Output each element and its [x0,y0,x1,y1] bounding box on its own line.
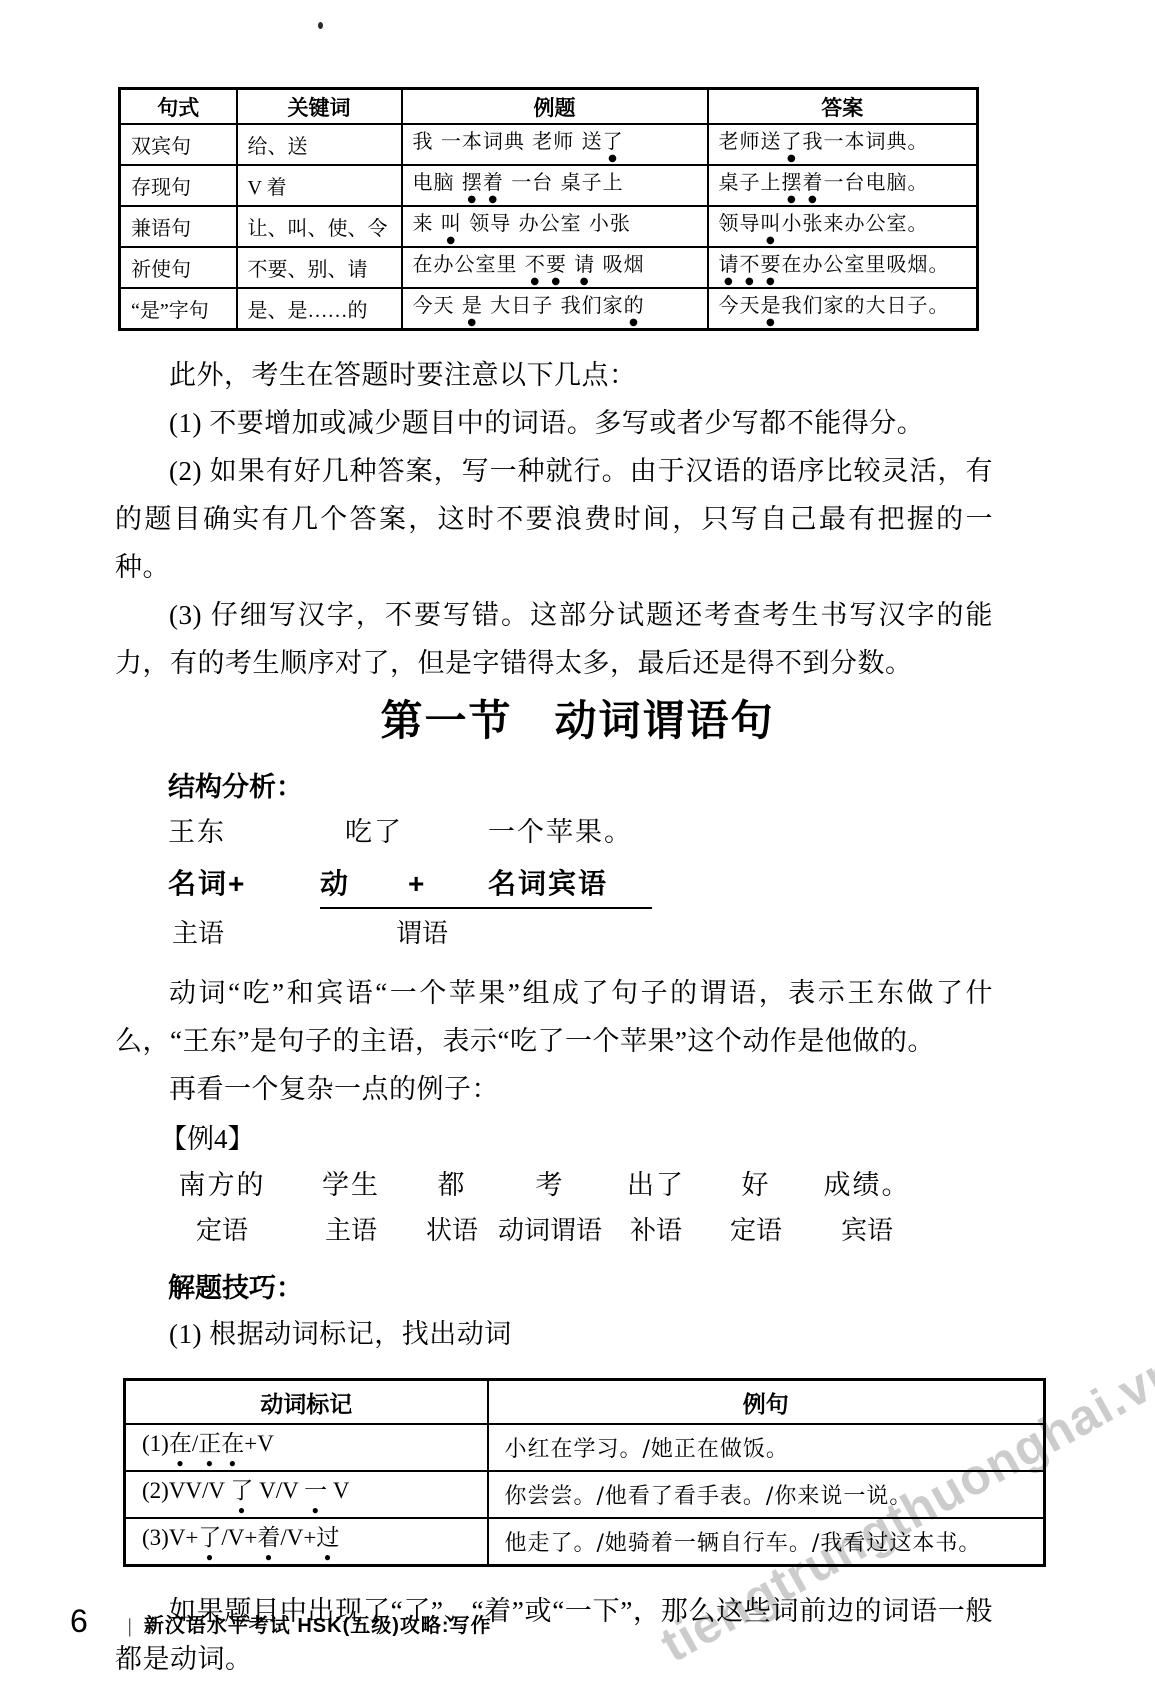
page-number: 6 [70,1603,88,1640]
structure-word-object: 一个苹果。 [488,817,633,848]
example4-role: 状语 [406,1214,498,1246]
sentence-pattern-table-body: 双宾句给、送我 一本词典 老师 送了老师送了我一本词典。存现句V 着电脑 摆着 … [120,124,978,330]
column-header: 例句 [488,1380,1045,1425]
emphasized-char: 请 [574,252,595,276]
table-cell: 来 叫 领导 办公室 小张 [402,206,708,247]
emphasized-char: 了 [782,129,803,153]
emphasized-char: 在 [169,1431,192,1456]
emphasized-char: 摆 [782,170,803,194]
table-row: “是”字句是、是……的今天 是 大日子 我们家的今天是我们家的大日子。 [120,288,978,330]
table-cell: 是、是……的 [237,288,402,330]
example4-role: 补语 [602,1214,710,1246]
footer-separator: | [128,1615,132,1638]
table-cell: V 着 [237,165,402,206]
table-cell: 小红在学习。/她正在做饭。 [488,1424,1045,1471]
emphasized-char: 不 [740,252,761,276]
example4-role: 定语 [710,1214,802,1246]
formula-underlined-group: 动+名词宾语 [320,867,652,909]
table-cell: 桌子上摆着一台电脑。 [708,165,978,206]
table-header-row: 句式关键词例题答案 [120,89,978,125]
analysis-paragraph: 动词“吃”和宾语“一个苹果”组成了句子的谓语，表示王东做了什么，“王东”是句子的… [115,969,993,1065]
table-cell: 双宾句 [120,124,237,165]
example4-column: 出了 补语 [602,1169,710,1246]
technique-step-paragraph: (1) 根据动词标记，找出动词 [115,1310,993,1358]
formula-verb: 动 [320,867,408,901]
column-header: 关键词 [237,89,402,125]
example4-role: 主语 [296,1214,406,1246]
notes-intro-paragraph: 此外，考生在答题时要注意以下几点： [115,351,993,399]
role-subject: 主语 [172,917,396,949]
example4-column: 成绩。 宾语 [802,1169,932,1246]
formula-left: 名词+ [168,867,320,901]
table-cell: 祈使句 [120,247,237,288]
table-cell: 领导叫小张来办公室。 [708,206,978,247]
table-cell: 我 一本词典 老师 送了 [402,124,708,165]
table-row: 兼语句让、叫、使、令来 叫 领导 办公室 小张领导叫小张来办公室。 [120,206,978,247]
column-header: 例题 [402,89,708,125]
example4-role: 定语 [148,1214,296,1246]
table-cell: 今天 是 大日子 我们家的 [402,288,708,330]
example4-word: 考 [498,1169,602,1203]
column-header: 答案 [708,89,978,125]
structure-label: 结构分析： [168,771,1155,803]
emphasized-char: 着 [483,170,504,194]
emphasized-char: 了 [603,129,624,153]
note-point-2: (2) 如果有好几种答案，写一种就行。由于汉语的语序比较灵活，有的题目确实有几个… [115,447,993,591]
example4-column: 学生 主语 [296,1169,406,1246]
table-row: (1)在/正在+V小红在学习。/她正在做饭。 [125,1424,1045,1471]
section-number: 第一节 [380,697,512,744]
example4-role: 动词谓语 [498,1214,602,1246]
table-cell: 在办公室里 不要 请 吸烟 [402,247,708,288]
table-cell: 请不要在办公室里吸烟。 [708,247,978,288]
table-row: 双宾句给、送我 一本词典 老师 送了老师送了我一本词典。 [120,124,978,165]
table-header-row: 动词标记例句 [125,1380,1045,1425]
structure-sentence-row: 王东吃了一个苹果。 [168,815,1155,851]
formula-object: 名词宾语 [488,868,608,899]
example4-column: 南方的 定语 [148,1169,296,1246]
sentence-pattern-table: 句式关键词例题答案 双宾句给、送我 一本词典 老师 送了老师送了我一本词典。存现… [118,87,979,331]
table-cell: 你尝尝。/他看了看手表。/你来说一说。 [488,1471,1045,1518]
example4-column: 都 状语 [406,1169,498,1246]
emphasized-char: 是 [462,293,483,317]
formula-plus: + [408,867,488,901]
table-row: 存现句V 着电脑 摆着 一台 桌子上桌子上摆着一台电脑。 [120,165,978,206]
structure-roles-row: 主语谓语 [172,917,1155,949]
example4-word: 成绩。 [802,1169,932,1203]
table-cell: “是”字句 [120,288,237,330]
emphasized-char: 了 [230,1478,253,1503]
book-title: 新汉语水平考试 HSK(五级)攻略:写作 [144,1609,492,1638]
table-cell: 不要、别、请 [237,247,402,288]
structure-word-verb: 吃了 [345,815,488,851]
column-header: 句式 [120,89,237,125]
table-cell: 让、叫、使、令 [237,206,402,247]
example4-word: 好 [710,1169,802,1203]
verb-marker-table: 动词标记例句 (1)在/正在+V小红在学习。/她正在做饭。(2)VV/V 了 V… [123,1378,1046,1567]
emphasized-char: 过 [316,1525,339,1550]
table-cell: 今天是我们家的大日子。 [708,288,978,330]
emphasized-char: 叫 [441,211,462,235]
emphasized-char: 叫 [761,211,782,235]
example4-word: 都 [406,1169,498,1203]
example4-word: 南方的 [148,1169,296,1203]
example4-block: 南方的 定语 学生 主语 都 状语 考 动词谓语 出了 补语 好 定语 成绩。 … [148,1169,1155,1246]
page-root: 句式关键词例题答案 双宾句给、送我 一本词典 老师 送了老师送了我一本词典。存现… [0,87,1155,1683]
emphasized-char: 一 [304,1478,327,1503]
emphasized-char: 不 [525,252,546,276]
sentence-pattern-table-head: 句式关键词例题答案 [120,89,978,125]
table-cell: (1)在/正在+V [125,1424,488,1471]
emphasized-char: 摆 [462,170,483,194]
scan-speck [318,22,323,29]
table-cell: 给、送 [237,124,402,165]
table-cell: 电脑 摆着 一台 桌子上 [402,165,708,206]
example4-column: 好 定语 [710,1169,802,1246]
emphasized-char: 了 [198,1525,221,1550]
table-row: 祈使句不要、别、请在办公室里 不要 请 吸烟请不要在办公室里吸烟。 [120,247,978,288]
emphasized-char: 是 [761,293,782,317]
section-title: 动词谓语句 [555,697,775,744]
structure-word-subject: 王东 [168,815,345,851]
emphasized-char: 请 [719,252,740,276]
verb-marker-table-body: (1)在/正在+V小红在学习。/她正在做饭。(2)VV/V 了 V/V 一 V你… [125,1424,1045,1566]
more-example-paragraph: 再看一个复杂一点的例子： [115,1065,993,1113]
emphasized-char: 要 [546,252,567,276]
role-predicate: 谓语 [396,918,448,948]
table-cell: 老师送了我一本词典。 [708,124,978,165]
emphasized-char: 要 [761,252,782,276]
column-header: 动词标记 [125,1380,488,1425]
table-cell: 他走了。/她骑着一辆自行车。/我看过这本书。 [488,1518,1045,1566]
emphasized-char: 着 [803,170,824,194]
note-point-3: (3) 仔细写汉字，不要写错。这部分试题还考查考生书写汉字的能力，有的考生顺序对… [115,591,993,687]
emphasized-char: 正 [198,1431,221,1456]
table-cell: (2)VV/V 了 V/V 一 V [125,1471,488,1518]
example4-word: 学生 [296,1169,406,1203]
emphasized-char: 着 [257,1525,280,1550]
example4-word: 出了 [602,1169,710,1203]
emphasized-char: 的 [624,293,645,317]
verb-marker-table-head: 动词标记例句 [125,1380,1045,1425]
page-footer: 6 | 新汉语水平考试 HSK(五级)攻略:写作 [70,1603,492,1640]
table-cell: 存现句 [120,165,237,206]
example4-label: 【例4】 [160,1119,1155,1159]
example4-column: 考 动词谓语 [498,1169,602,1246]
technique-label: 解题技巧： [168,1272,1155,1304]
structure-formula-row: 名词+动+名词宾语 [168,867,1155,909]
section-heading: 第一节动词谓语句 [0,697,1155,745]
table-row: (2)VV/V 了 V/V 一 V你尝尝。/他看了看手表。/你来说一说。 [125,1471,1045,1518]
example4-role: 宾语 [802,1214,932,1246]
table-cell: (3)V+了/V+着/V+过 [125,1518,488,1566]
note-point-1: (1) 不要增加或减少题目中的词语。多写或者少写都不能得分。 [115,399,993,447]
emphasized-char: 在 [221,1431,244,1456]
table-row: (3)V+了/V+着/V+过他走了。/她骑着一辆自行车。/我看过这本书。 [125,1518,1045,1566]
table-cell: 兼语句 [120,206,237,247]
